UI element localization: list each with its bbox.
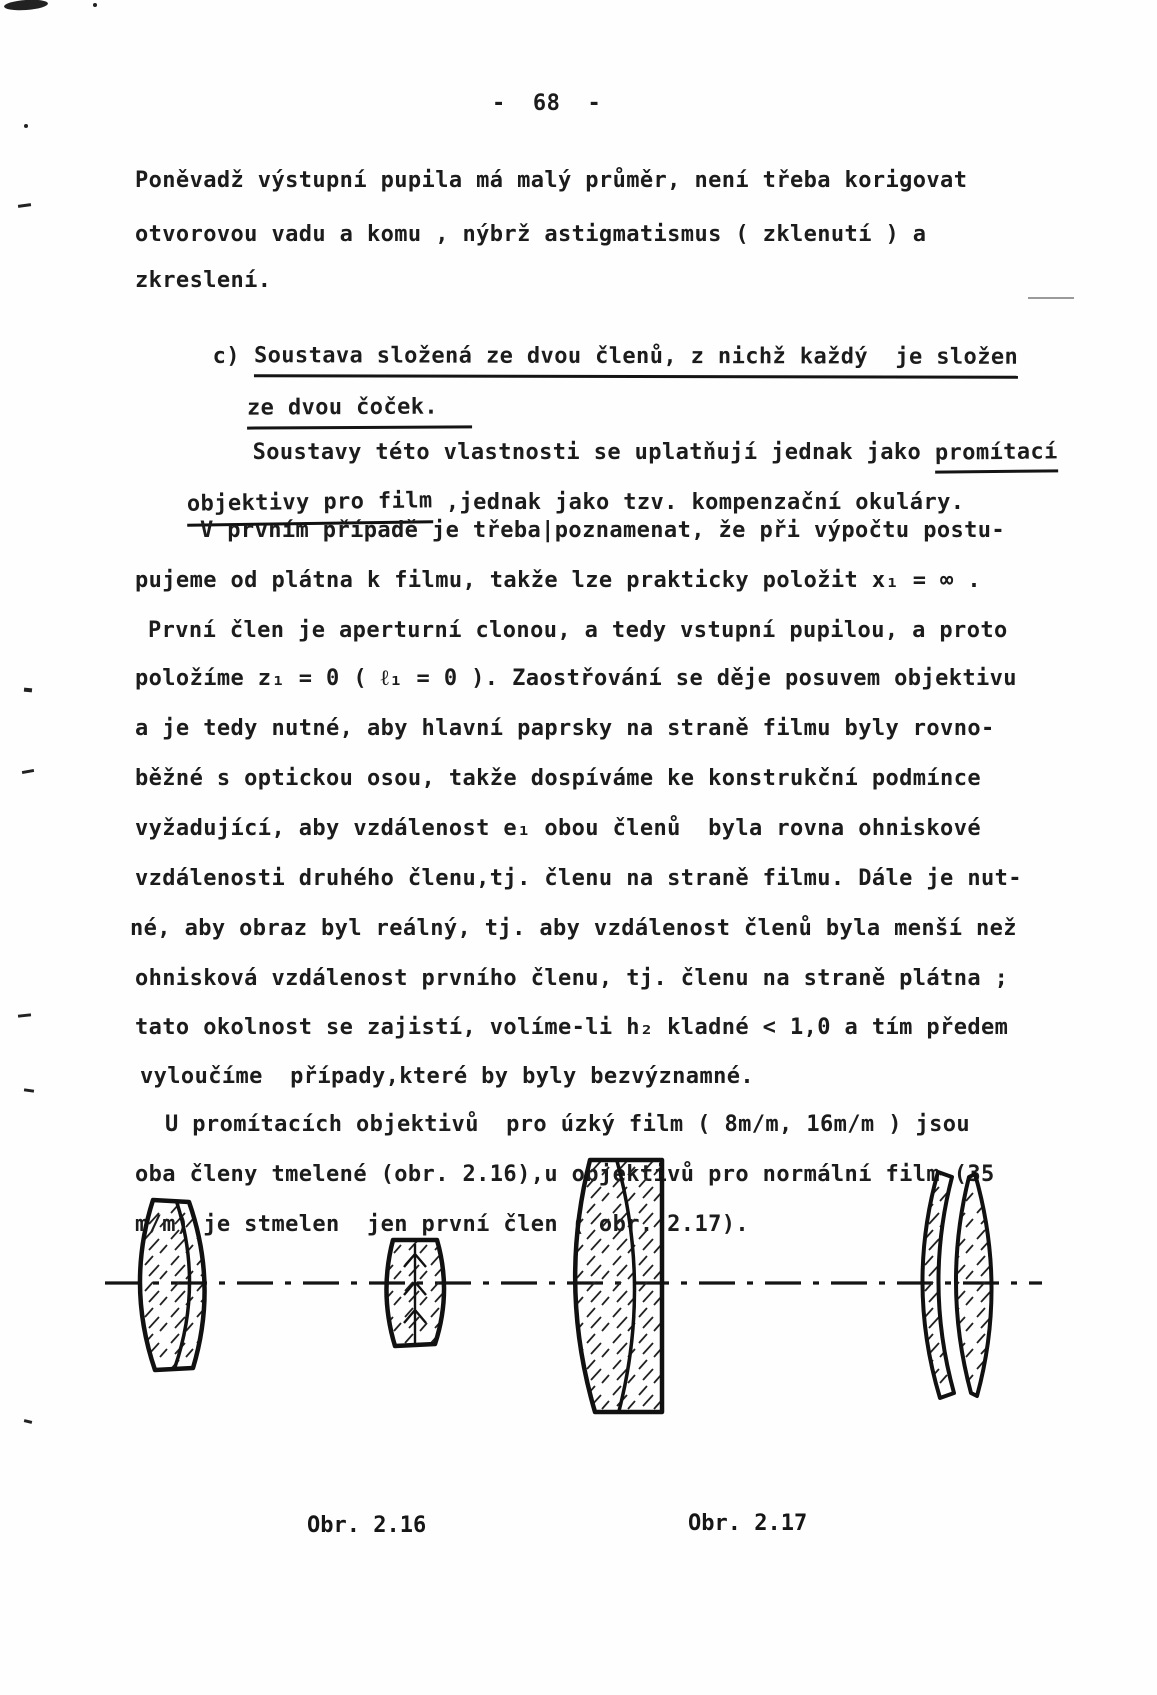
text-line: vyloučíme případy,které by byly bezvýzna…: [140, 1066, 754, 1088]
margin-mark: [24, 1088, 34, 1092]
text-line: pujeme od plátna k filmu, takže lze prak…: [135, 570, 981, 592]
lens-2-16-small-element: [386, 1240, 444, 1346]
text-line: otvorovou vadu a komu , nýbrž astigmatis…: [135, 224, 926, 246]
text-line: zkreslení.: [135, 270, 271, 292]
text-line: U promítacích objektivů pro úzký film ( …: [165, 1114, 970, 1136]
heading-prefix: c): [213, 344, 240, 369]
lens-2-16-cemented-doublet: [140, 1200, 205, 1370]
margin-mark: [22, 769, 34, 774]
text-line: vzdálenosti druhého členu,tj. členu na s…: [135, 868, 1022, 890]
lens-diagrams-figure: [90, 1150, 1060, 1490]
text-line: tato okolnost se zajistí, volíme-li h₂ k…: [135, 1017, 1008, 1039]
text-line: položíme z₁ = 0 ( ℓ₁ = 0 ). Zaostřování …: [135, 668, 1017, 690]
margin-mark: [24, 1419, 32, 1424]
figure-caption-2-17: Obr. 2.17: [688, 1513, 807, 1535]
text-line: V prvním případě je třeba|poznamenat, že…: [200, 520, 1005, 542]
text-line: ohnisková vzdálenost prvního členu, tj. …: [135, 968, 1008, 990]
lens-2-17-rear-meniscus: [922, 1172, 954, 1398]
margin-mark: [18, 203, 31, 208]
text-line: První člen je aperturní clonou, a tedy v…: [148, 620, 1008, 642]
faint-dash-right: [1028, 297, 1074, 299]
text-line: né, aby obraz byl reálný, tj. aby vzdále…: [130, 918, 1017, 940]
text-line: Poněvadž výstupní pupila má malý průměr,…: [135, 170, 967, 192]
margin-mark: [24, 688, 32, 693]
page-number: - 68 -: [492, 93, 601, 115]
margin-mark: [18, 1013, 31, 1017]
text-line: vyžadující, aby vzdálenost e₁ obou členů…: [135, 818, 981, 840]
margin-mark: [24, 124, 28, 128]
lens-2-17-rear-biconvex: [956, 1174, 992, 1396]
scan-dot: [93, 3, 97, 7]
text-line: a je tedy nutné, aby hlavní paprsky na s…: [135, 718, 995, 740]
lens-2-17-cemented-member: [575, 1160, 662, 1412]
scan-smudge-top-left: [4, 0, 49, 12]
text-line: běžné s optickou osou, takže dospíváme k…: [135, 768, 981, 790]
underlined-word: promítací: [935, 441, 1058, 473]
scanned-document-page: - 68 - Poněvadž výstupní pupila má malý …: [0, 0, 1157, 1695]
text-run: ,jednak jako tzv. kompenzační okuláry.: [432, 490, 964, 515]
text-run: Soustavy této vlastnosti se uplatňují je…: [253, 440, 935, 465]
figure-caption-2-16: Obr. 2.16: [307, 1515, 426, 1537]
heading-underlined-text: Soustava složená ze dvou členů, z nichž …: [254, 345, 1018, 379]
